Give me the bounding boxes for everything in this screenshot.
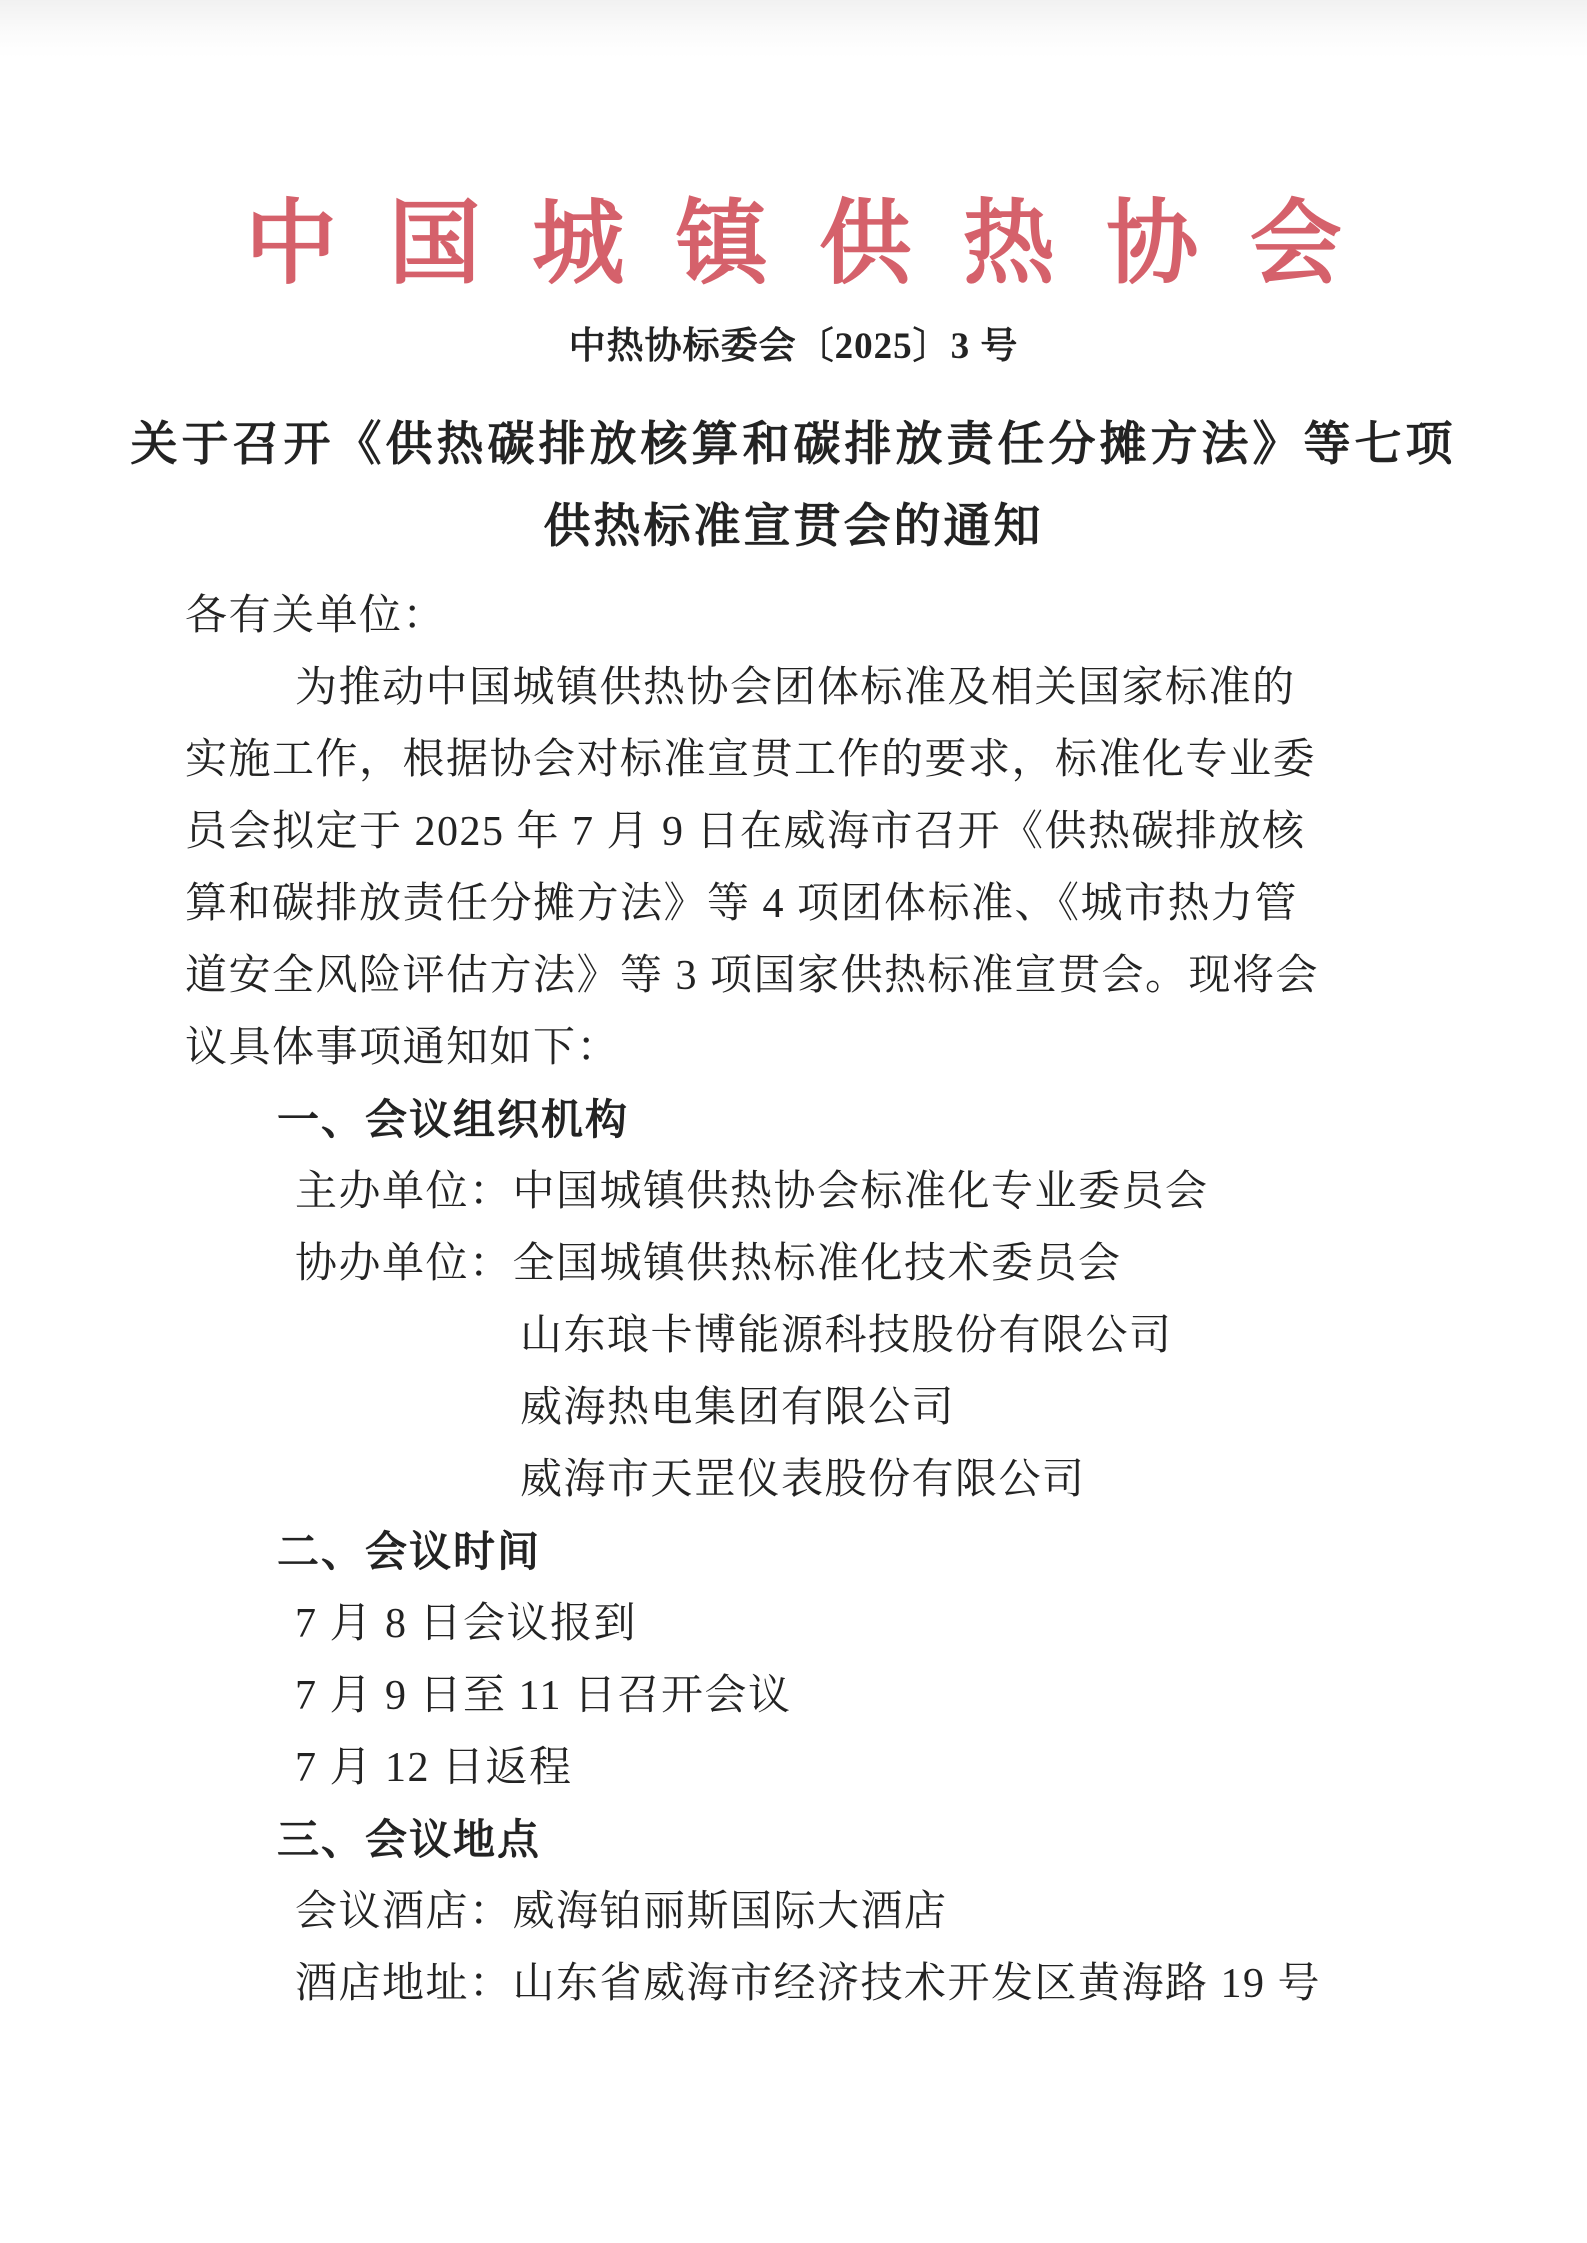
section-line-co-organizer-2: 山东琅卡博能源科技股份有限公司 xyxy=(185,1300,1402,1372)
org-title-text: 中国城镇供热协会 xyxy=(245,193,1393,295)
section-line-meeting-dates: 7 月 9 日至 11 日召开会议 xyxy=(185,1660,1402,1732)
section-line-hotel: 会议酒店：威海铂丽斯国际大酒店 xyxy=(185,1876,1402,1948)
org-title: 中国城镇供热协会 xyxy=(0,0,1587,292)
paragraph-line: 道安全风险评估方法》等 3 项国家供热标准宣贯会。现将会 xyxy=(185,940,1402,1012)
subject-line-2: 供热标准宣贯会的通知 xyxy=(0,486,1587,568)
document-page: 中国城镇供热协会 中热协标委会〔2025〕3 号 关于召开《供热碳排放核算和碳排… xyxy=(0,0,1587,2243)
section-heading: 一、会议组织机构 xyxy=(185,1084,1402,1156)
section-line-checkin-date: 7 月 8 日会议报到 xyxy=(185,1588,1402,1660)
section-line-hotel-address: 酒店地址：山东省威海市经济技术开发区黄海路 19 号 xyxy=(185,1948,1402,2020)
paragraph-line: 算和碳排放责任分摊方法》等 4 项团体标准、《城市热力管 xyxy=(185,868,1402,940)
paragraph-line: 为推动中国城镇供热协会团体标准及相关国家标准的 xyxy=(185,652,1402,724)
section-line-host-unit: 主办单位：中国城镇供热协会标准化专业委员会 xyxy=(185,1156,1402,1228)
intro-paragraph: 为推动中国城镇供热协会团体标准及相关国家标准的 实施工作，根据协会对标准宣贯工作… xyxy=(185,652,1402,1084)
salutation: 各有关单位： xyxy=(185,580,1402,652)
section-location: 三、会议地点 会议酒店：威海铂丽斯国际大酒店 酒店地址：山东省威海市经济技术开发… xyxy=(185,1804,1402,2020)
section-heading: 二、会议时间 xyxy=(185,1516,1402,1588)
doc-number: 中热协标委会〔2025〕3 号 xyxy=(0,326,1587,368)
section-line-co-organizer-4: 威海市天罡仪表股份有限公司 xyxy=(185,1444,1402,1516)
section-line-co-organizer: 协办单位：全国城镇供热标准化技术委员会 xyxy=(185,1228,1402,1300)
subject-line-1: 关于召开《供热碳排放核算和碳排放责任分摊方法》等七项 xyxy=(0,404,1587,486)
paragraph-line: 实施工作，根据协会对标准宣贯工作的要求，标准化专业委 xyxy=(185,724,1402,796)
document-body: 各有关单位： 为推动中国城镇供热协会团体标准及相关国家标准的 实施工作，根据协会… xyxy=(0,580,1587,2020)
section-time: 二、会议时间 7 月 8 日会议报到 7 月 9 日至 11 日召开会议 7 月… xyxy=(185,1516,1402,1804)
section-line-co-organizer-3: 威海热电集团有限公司 xyxy=(185,1372,1402,1444)
section-heading: 三、会议地点 xyxy=(185,1804,1402,1876)
subject-title: 关于召开《供热碳排放核算和碳排放责任分摊方法》等七项 供热标准宣贯会的通知 xyxy=(0,404,1587,568)
section-organization: 一、会议组织机构 主办单位：中国城镇供热协会标准化专业委员会 协办单位：全国城镇… xyxy=(185,1084,1402,1516)
section-line-return-date: 7 月 12 日返程 xyxy=(185,1732,1402,1804)
paragraph-line: 议具体事项通知如下： xyxy=(185,1012,1402,1084)
paragraph-line: 员会拟定于 2025 年 7 月 9 日在威海市召开《供热碳排放核 xyxy=(185,796,1402,868)
